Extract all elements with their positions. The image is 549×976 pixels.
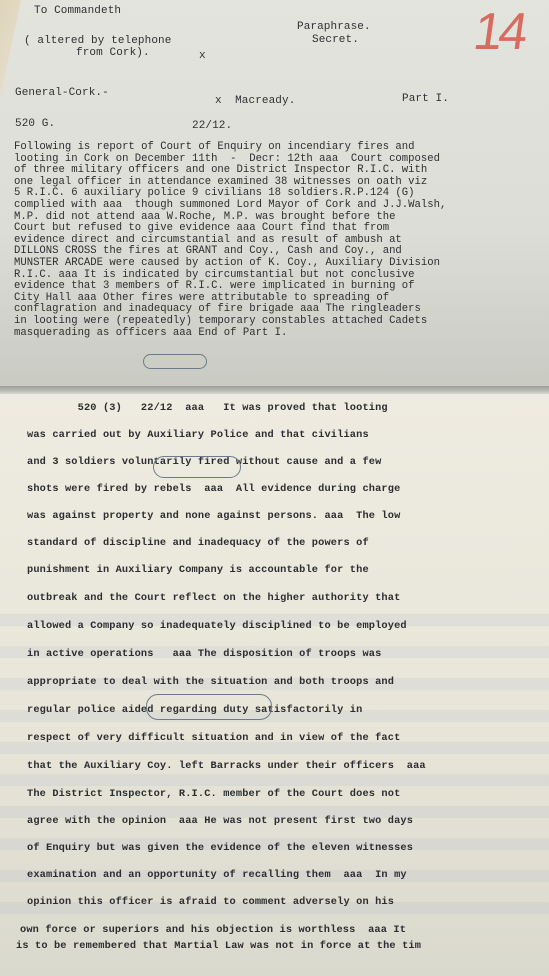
body-line: allowed a Company so inadequately discip… [27, 620, 407, 632]
body-line: punishment in Auxiliary Company is accou… [27, 564, 369, 576]
reference-number: 520 G. [15, 119, 55, 131]
body-line: and 3 soldiers voluntarily fired without… [27, 456, 381, 468]
body-line: Court but refused to give evidence aaa C… [14, 223, 446, 235]
telephone-note-line1: ( altered by telephone [24, 36, 171, 48]
body-line: complied with aaa though summoned Lord M… [14, 200, 446, 212]
body-line: of Enquiry but was given the evidence of… [27, 842, 413, 854]
body-line: that the Auxiliary Coy. left Barracks un… [27, 760, 426, 772]
part-one-body: Following is report of Court of Enquiry … [14, 142, 446, 339]
body-line: was carried out by Auxiliary Police and … [27, 429, 369, 441]
body-line: standard of discipline and inadequacy of… [27, 537, 369, 549]
body-line: respect of very difficult situation and … [27, 732, 400, 744]
classification-paraphrase: Paraphrase. [297, 22, 371, 34]
message-date: 22/12. [192, 121, 232, 133]
body-line: evidence that 3 members of R.I.C. were i… [14, 281, 446, 293]
body-line: agree with the opinion aaa He was not pr… [27, 815, 413, 827]
body-line: opinion this officer is afraid to commen… [27, 896, 394, 908]
body-line: The District Inspector, R.I.C. member of… [27, 788, 400, 800]
body-line: examination and an opportunity of recall… [27, 869, 407, 881]
body-line: appropriate to deal with the situation a… [27, 676, 394, 688]
body-line: Following is report of Court of Enquiry … [14, 142, 446, 154]
body-line: 520 (3) 22/12 aaa It was proved that loo… [27, 402, 388, 414]
body-line: is to be remembered that Martial Law was… [16, 940, 421, 952]
body-line: was against property and none against pe… [27, 510, 400, 522]
addressee-line: To Commandeth [34, 6, 121, 18]
part-label: Part I. [402, 94, 449, 106]
body-line: in looting were (repeatedly) temporary c… [14, 316, 446, 328]
recipient-line: x Macready. [215, 96, 295, 108]
classification-secret: Secret. [312, 35, 359, 47]
note-mark: x [199, 51, 206, 63]
ink-bleed-texture [0, 594, 549, 914]
sender-line: General-Cork.- [15, 88, 109, 100]
handwritten-circle-mark [143, 354, 207, 369]
body-line: regular police aided regarding duty sati… [27, 704, 362, 716]
telephone-note-line2: from Cork). [76, 48, 150, 60]
body-line: in active operations aaa The disposition… [27, 648, 381, 660]
body-line: masquerading as officers aaa End of Part… [14, 328, 446, 340]
page-folio-number: 14 [470, 2, 528, 62]
telegram-sheet-part-one: To Commandeth ( altered by telephone fro… [0, 0, 549, 388]
body-line: shots were fired by rebels aaa All evide… [27, 483, 400, 495]
body-line: outbreak and the Court reflect on the hi… [27, 592, 400, 604]
body-line: own force or superiors and his objection… [20, 924, 406, 936]
body-line: MUNSTER ARCADE were caused by action of … [14, 258, 446, 270]
telegram-sheet-continuation: 520 (3) 22/12 aaa It was proved that loo… [0, 394, 549, 976]
